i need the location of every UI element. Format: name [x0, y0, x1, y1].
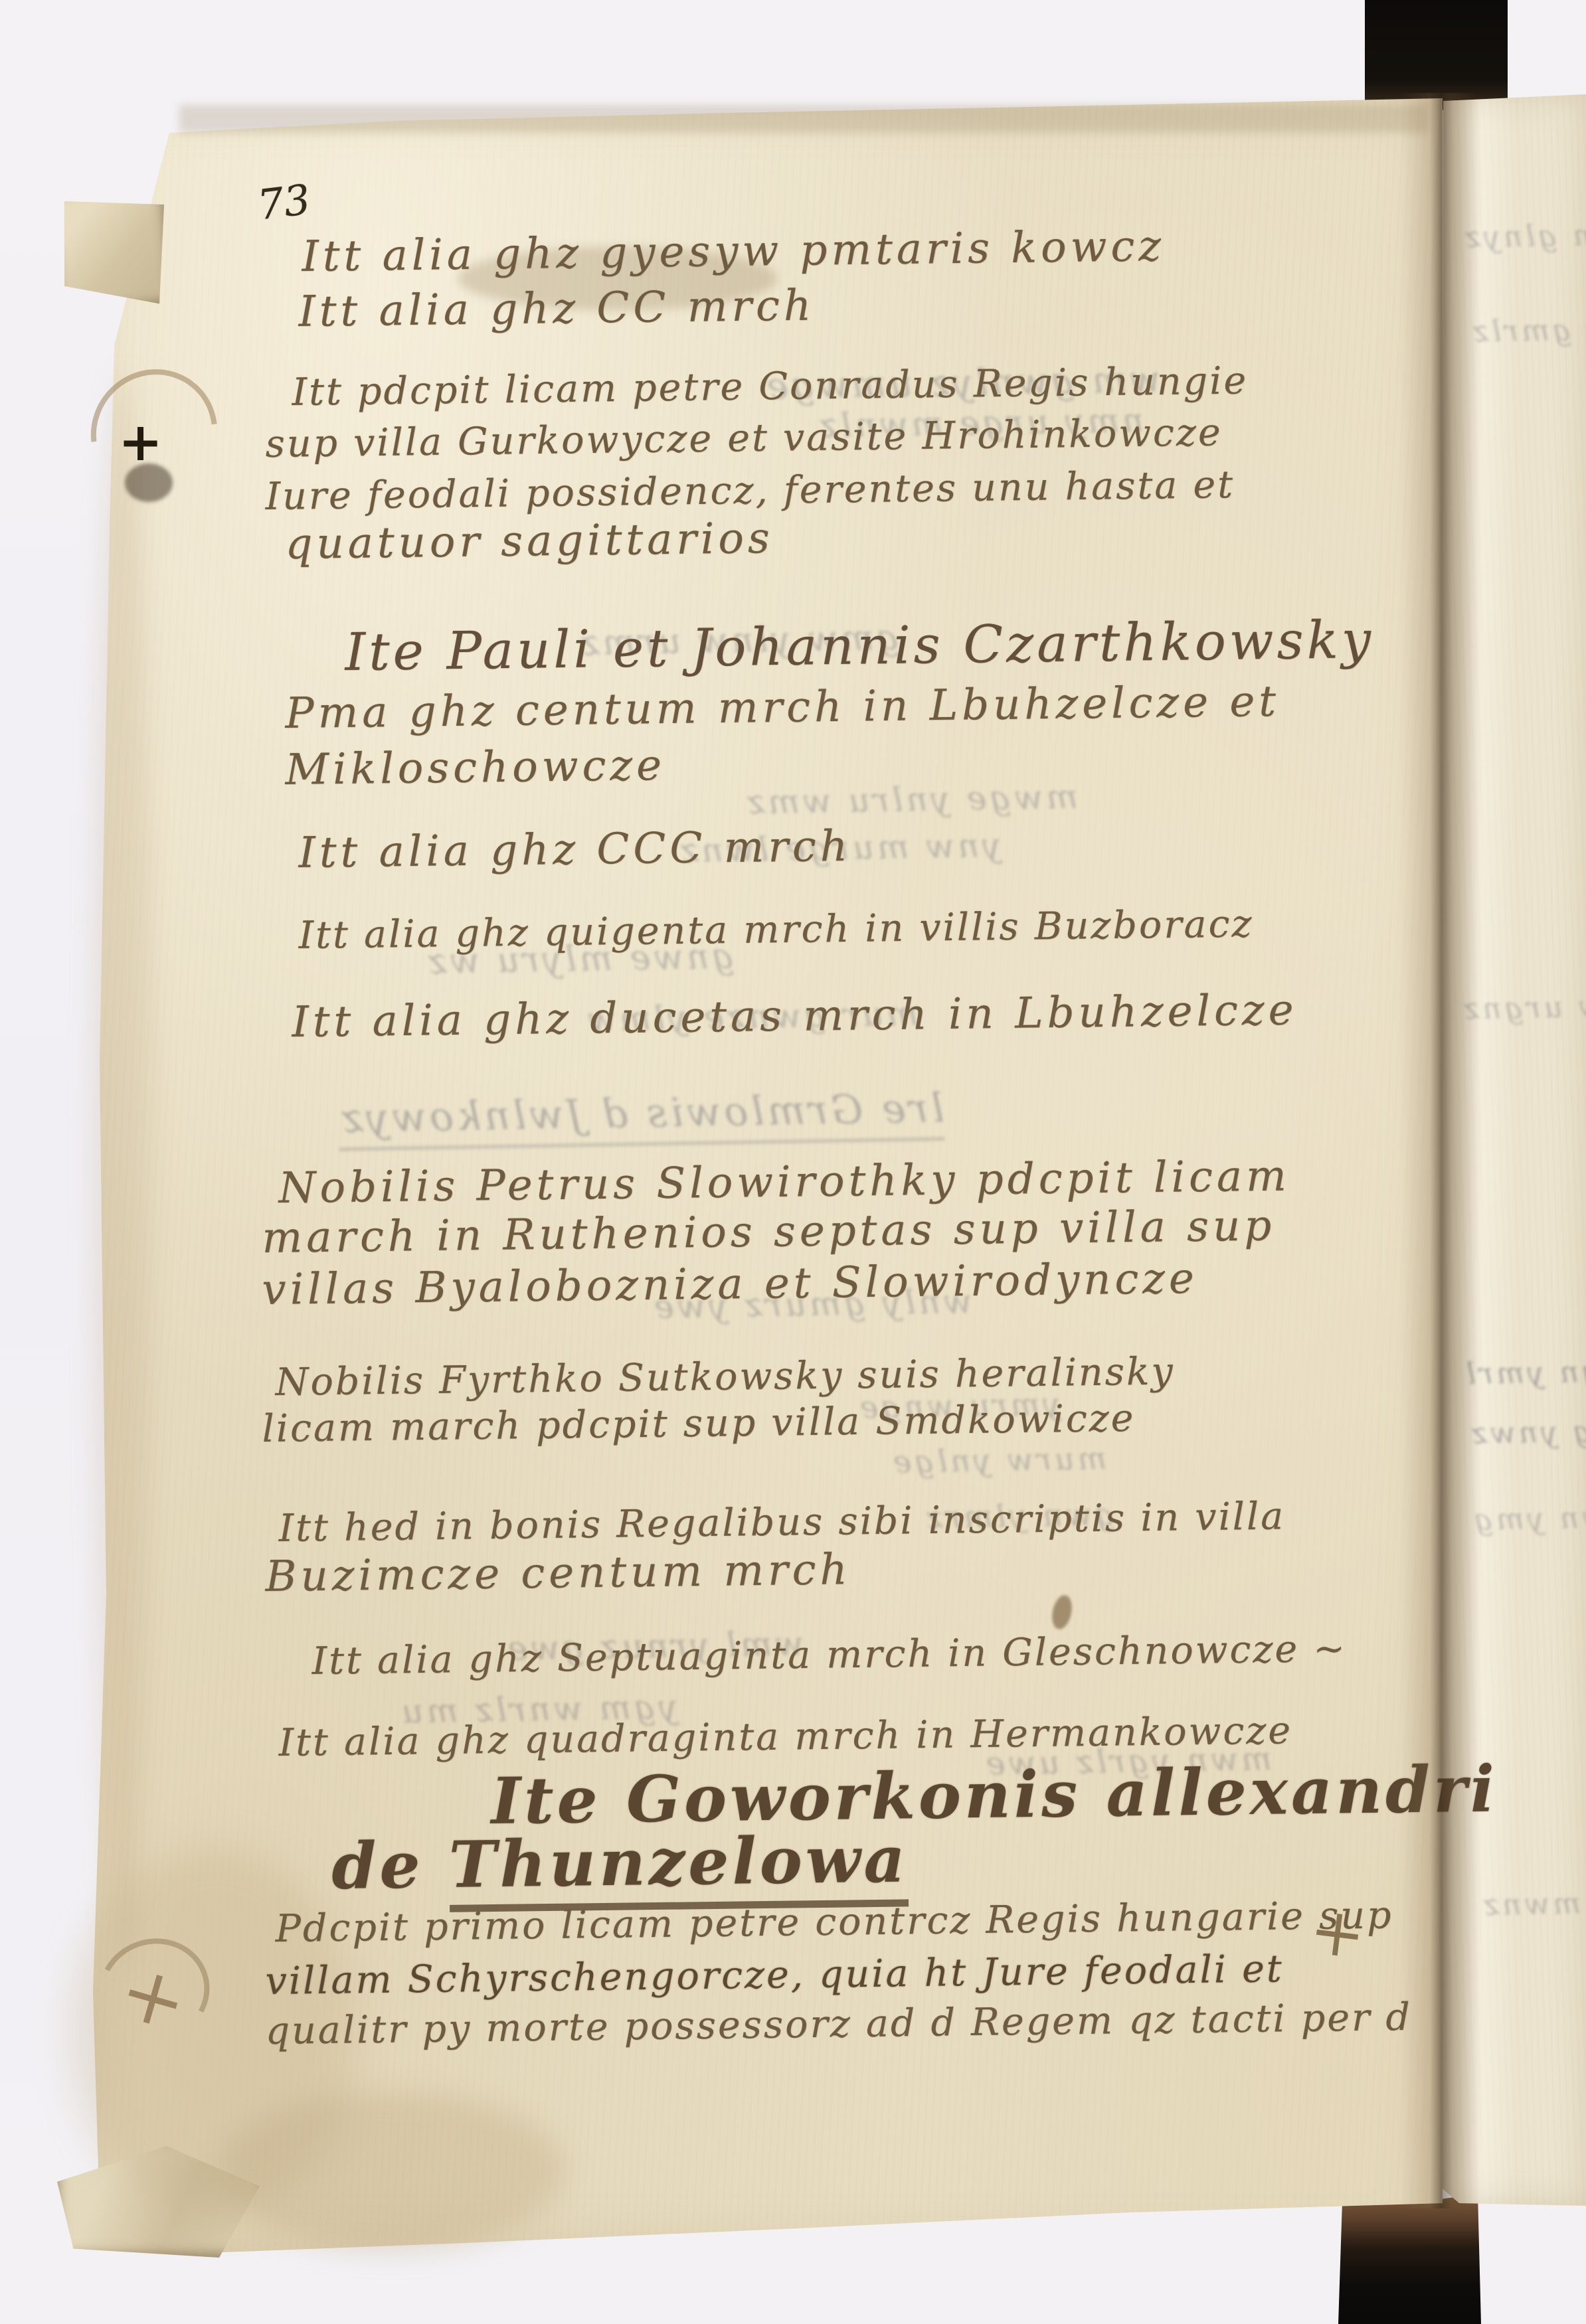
show-through-text: yg mwnz: [1480, 1886, 1586, 1922]
facing-page-showthrough: uwm glnyz nwy gmrlz ymw urgnz wgn ymrl m…: [1437, 94, 1586, 2206]
section-heading-line2: de Thunzelowa: [331, 1821, 909, 1904]
show-through-text: wn ymg: [1471, 1501, 1586, 1537]
heading-place-name: Thunzelowa: [448, 1821, 909, 1912]
scanned-manuscript-page: { "document": { "kind": "manuscript regi…: [0, 0, 1586, 2324]
binding-strap-bottom: [1338, 2193, 1481, 2324]
entry-line: Itt alia ghz CC mrch: [298, 282, 815, 337]
entry-line: quatuor sagittarios: [285, 514, 774, 569]
entry-line: Itt alia ghz CCC mrch: [298, 822, 851, 878]
entry-line: Buzimcze centum mrch: [265, 1545, 851, 1602]
show-through-heading: lre Grmlowis d Jwlnkowyz: [338, 1085, 944, 1151]
margin-cross-top: +: [118, 410, 163, 473]
show-through-text: ymw urgnz: [1460, 989, 1586, 1026]
show-through-text: uwm glnyz: [1462, 218, 1586, 255]
dog-ear-top-left: [55, 189, 174, 313]
show-through-text: mwge ynlru wmz: [744, 778, 1079, 822]
entry-heading: Ite Pauli et Johannis Czarthkowsky: [345, 610, 1374, 683]
show-through-text: mg ynwz: [1468, 1414, 1586, 1451]
folio-number: 73: [255, 175, 313, 229]
show-through-text: wgn ymrl: [1463, 1355, 1586, 1391]
show-through-text: murw ynlge: [890, 1440, 1107, 1480]
show-through-text: nwy gmrlz: [1470, 312, 1586, 349]
entry-line: Mikloschowcze: [285, 741, 665, 795]
heading-prefix: de: [331, 1827, 450, 1904]
